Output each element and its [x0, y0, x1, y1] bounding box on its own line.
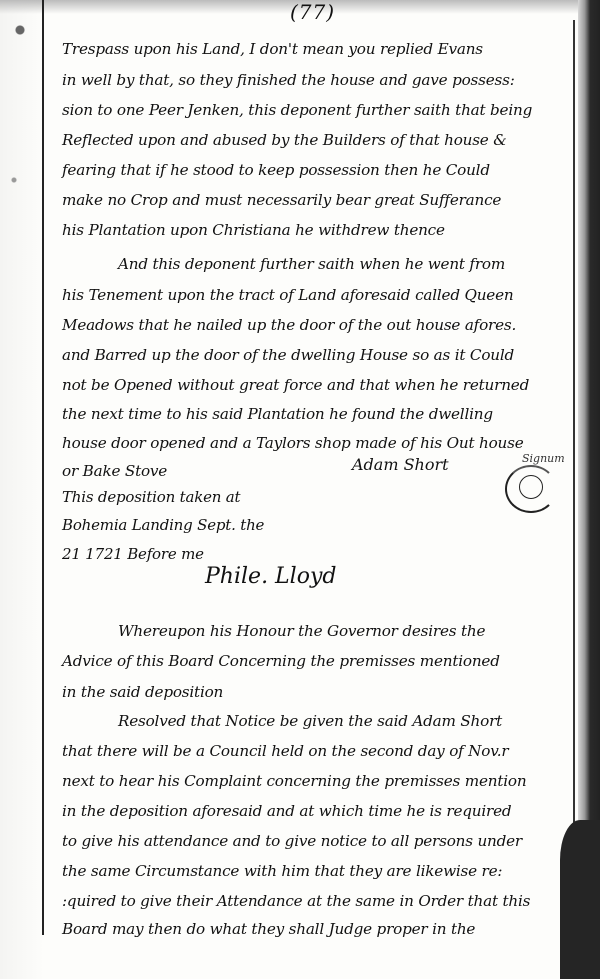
text-line: in the said deposition — [62, 683, 223, 701]
text-line: Meadows that he nailed up the door of th… — [62, 316, 516, 334]
document-page: (77) Trespass upon his Land, I don't mea… — [0, 0, 600, 979]
text-line: or Bake Stove — [62, 462, 167, 480]
text-line: :quired to give their Attendance at the … — [62, 892, 530, 910]
text-line: house door opened and a Taylors shop mad… — [62, 434, 524, 452]
text-line: in well by that, so they finished the ho… — [62, 71, 515, 89]
left-margin-rule — [42, 0, 44, 935]
text-line: that there will be a Council held on the… — [62, 742, 508, 760]
text-line: to give his attendance and to give notic… — [62, 832, 522, 850]
text-line: and Barred up the door of the dwelling H… — [62, 346, 514, 364]
text-line: Reflected upon and abused by the Builder… — [62, 131, 507, 149]
text-line: the next time to his said Plantation he … — [62, 405, 493, 423]
text-line: Resolved that Notice be given the said A… — [118, 712, 502, 730]
clerk-signature: Phile. Lloyd — [205, 564, 336, 589]
deponent-signature: Adam Short — [352, 455, 449, 474]
scan-corner-shadow — [560, 820, 600, 979]
seal-label: Signum — [522, 452, 565, 465]
text-line: Board may then do what they shall Judge … — [62, 920, 475, 938]
jurat-line: This deposition taken at — [62, 488, 240, 506]
text-line: the same Circumstance with him that they… — [62, 862, 502, 880]
page-number: (77) — [290, 0, 335, 24]
text-line: make no Crop and must necessarily bear g… — [62, 191, 501, 209]
seal-mark-inner — [519, 475, 543, 499]
text-line: not be Opened without great force and th… — [62, 376, 529, 394]
text-line: in the deposition aforesaid and at which… — [62, 802, 511, 820]
text-line: And this deponent further saith when he … — [118, 255, 505, 273]
text-line: his Tenement upon the tract of Land afor… — [62, 286, 513, 304]
text-line: Whereupon his Honour the Governor desire… — [118, 622, 485, 640]
text-line: Trespass upon his Land, I don't mean you… — [62, 40, 483, 58]
jurat-line: Bohemia Landing Sept. the — [62, 516, 264, 534]
text-line: fearing that if he stood to keep possess… — [62, 161, 490, 179]
text-line: his Plantation upon Christiana he withdr… — [62, 221, 445, 239]
text-line: sion to one Peer Jenken, this deponent f… — [62, 101, 532, 119]
jurat-line: 21 1721 Before me — [62, 545, 204, 563]
text-line: Advice of this Board Concerning the prem… — [62, 652, 500, 670]
text-line: next to hear his Complaint concerning th… — [62, 772, 526, 790]
right-margin-rule — [573, 20, 575, 930]
seal-mark-icon — [505, 465, 557, 513]
scan-left-margin — [0, 0, 44, 979]
